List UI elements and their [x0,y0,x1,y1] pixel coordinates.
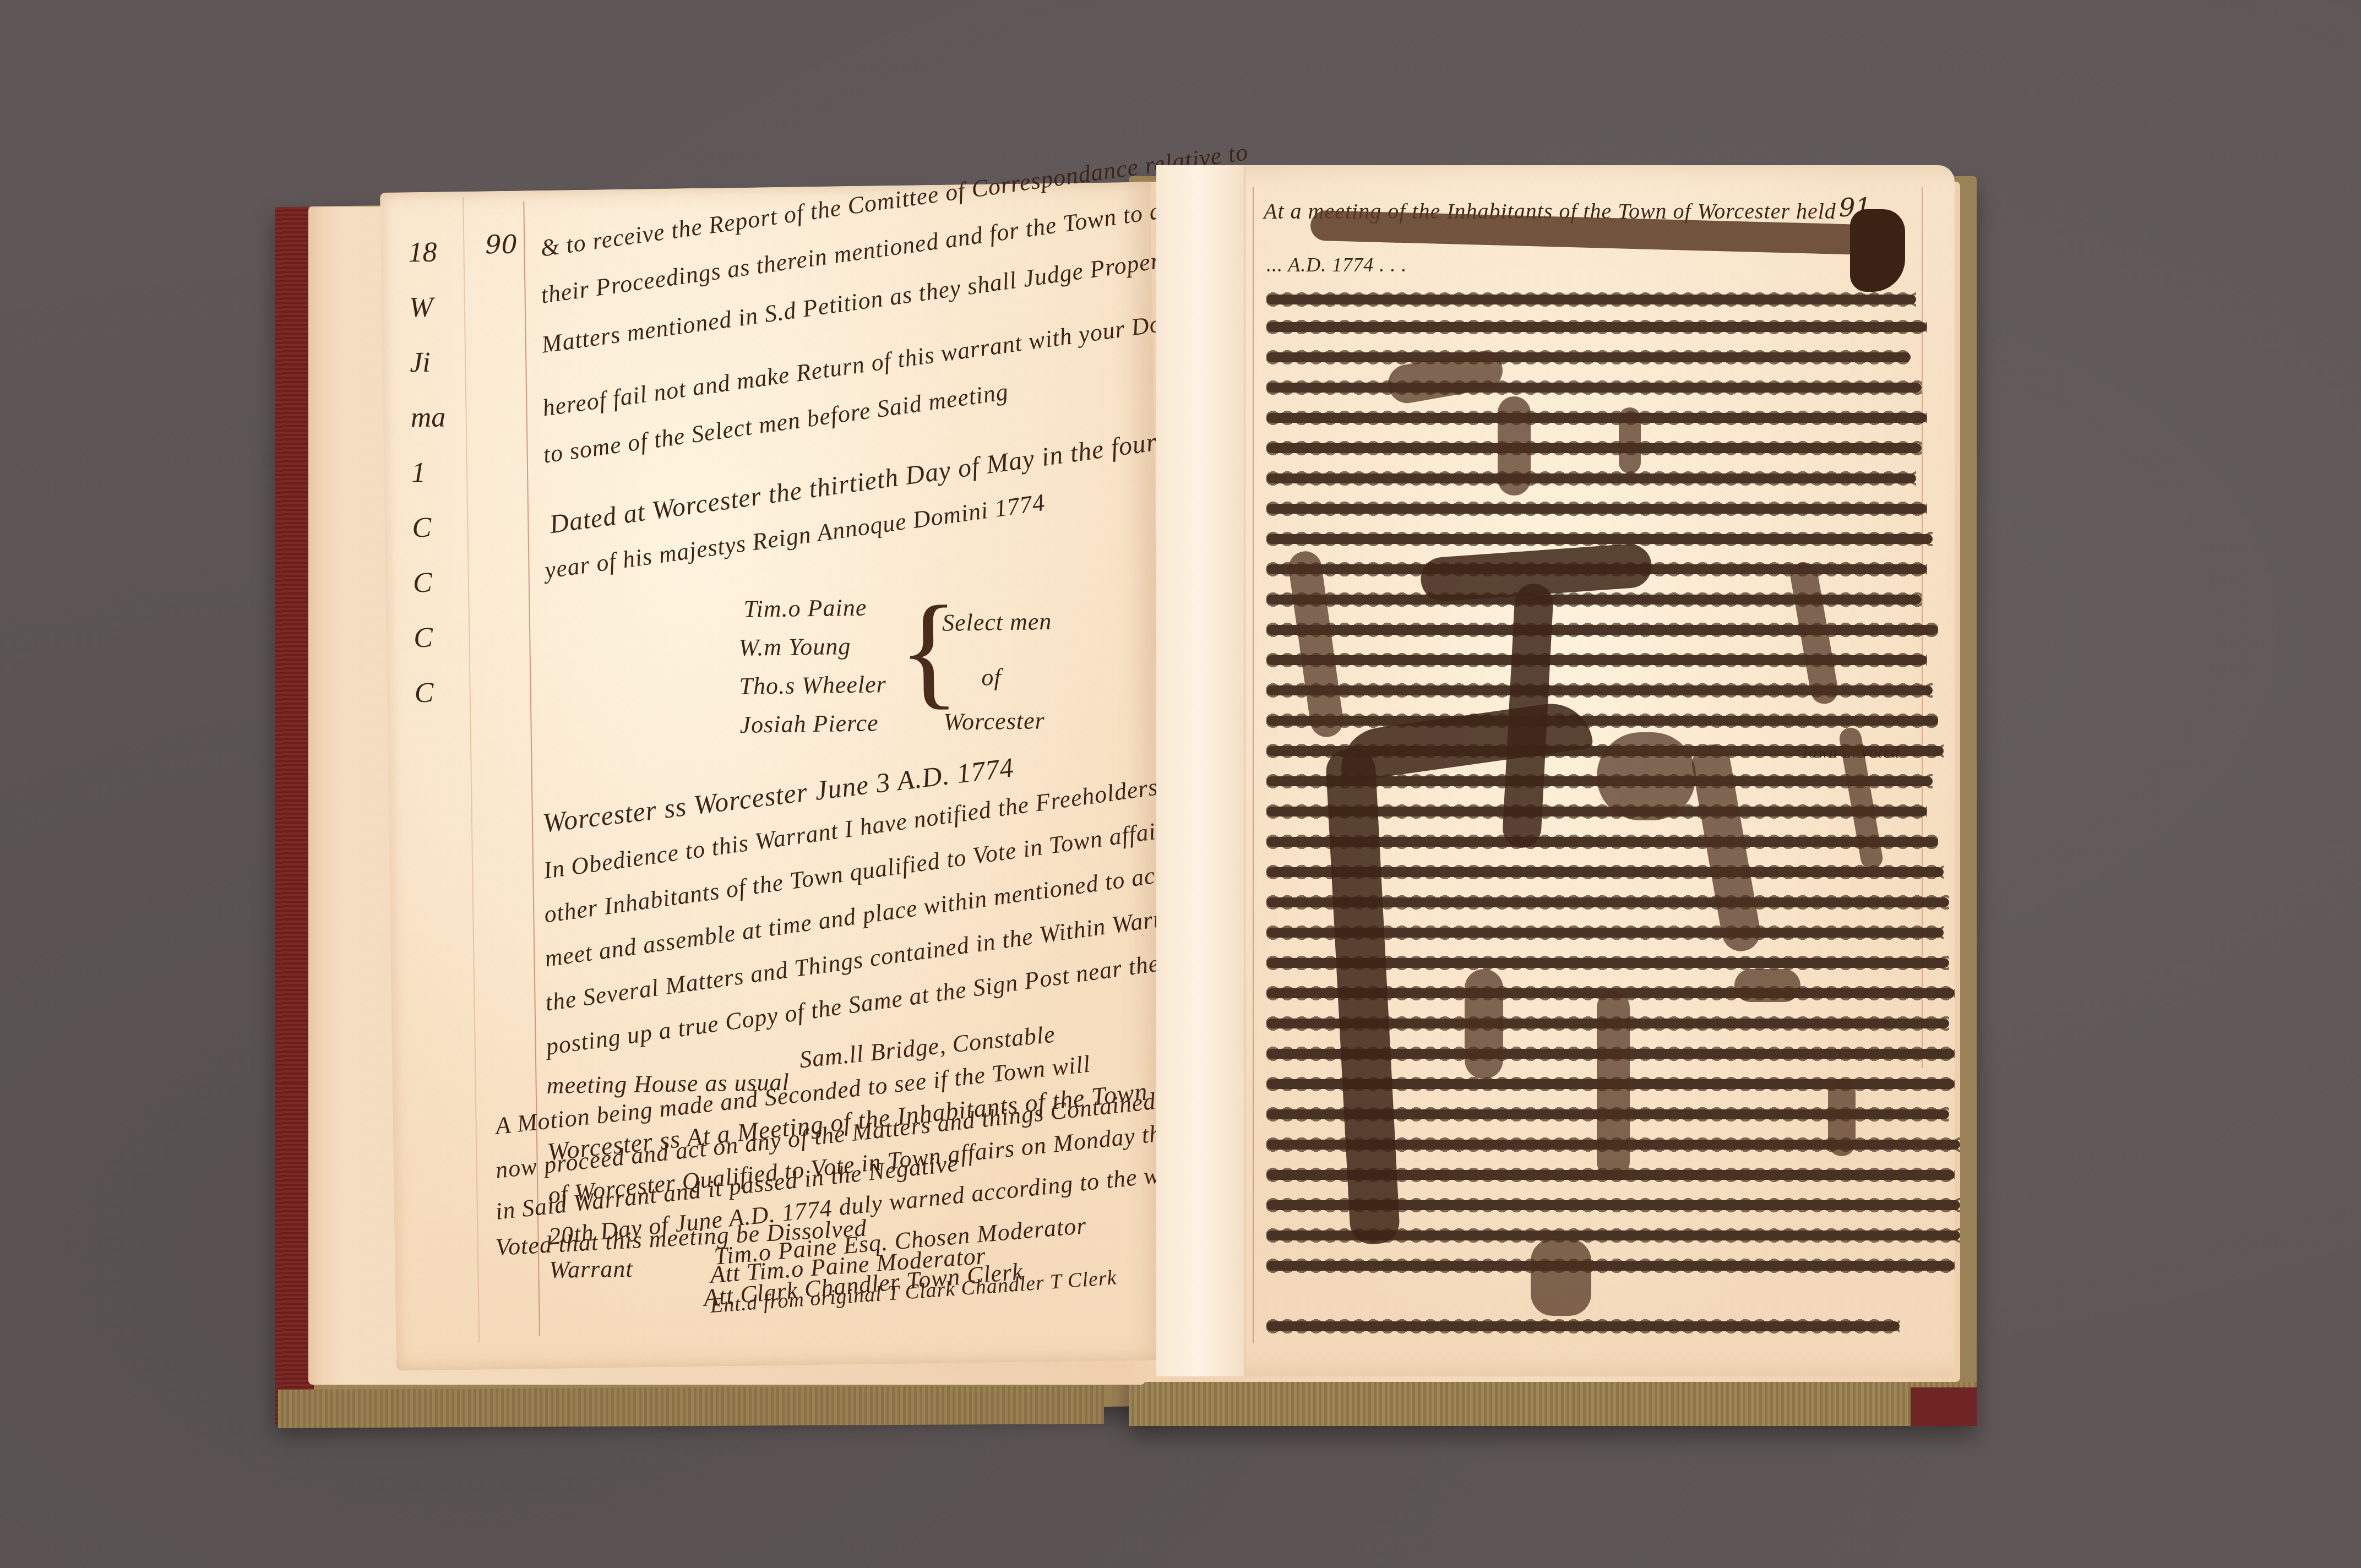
edge-fragment: C [414,610,464,666]
margin-note: Town ... voted [1800,743,1900,762]
edge-fragment: C [414,665,464,721]
partial-text: ... A.D. 1774 . . . [1266,253,1407,276]
right-page: 91 At a meeting of the Inhabitants of th… [1156,165,1955,1376]
edge-fragment: 1 [411,445,461,500]
margin-rule [1253,187,1254,1343]
struck-line [1266,1321,1900,1331]
edge-fragment: W [409,280,459,335]
signatory: Tim.o Paine [743,594,867,623]
struck-line [1266,322,1927,332]
struck-line [1266,716,1938,726]
edge-fragment: C [412,555,463,611]
edge-fragment: Ji [410,335,460,390]
struck-line [1266,352,1911,362]
manuscript-line: Warrant [549,1255,633,1284]
left-cover-bottom-edge [278,1385,1104,1428]
page-number: 90 [485,230,518,260]
struck-line [1266,1261,1955,1271]
struck-line [1266,383,1922,393]
previous-page-edge-text: 18 W Ji ma 1 C C C C [408,225,465,721]
struck-line [1266,473,1916,483]
struck-line [1266,625,1938,635]
ink-smear [1597,732,1696,820]
signatory-group-label: Worcester [943,706,1045,736]
ink-smear [1498,396,1531,496]
struck-line [1266,295,1916,304]
ink-smear [1619,407,1641,473]
ink-smear [1734,969,1800,1002]
ink-smear [1465,969,1503,1079]
leather-spine-top [275,207,308,1088]
edge-fragment: C [412,500,462,556]
ink-blot [1850,209,1905,292]
struck-line [1266,443,1922,453]
leather-corner [1911,1387,1977,1426]
signatory: W.m Young [738,632,851,662]
struck-line [1266,595,1922,605]
signatory-group-label: of [981,663,1002,692]
struck-line [1266,504,1927,514]
guard-strip [1156,165,1245,1376]
signatory: Josiah Pierce [739,709,879,739]
ink-smear [1531,1239,1591,1316]
edge-fragment: ma [410,390,460,445]
signatory: Tho.s Wheeler [739,670,886,700]
signatory-group-label: Select men [942,607,1052,637]
cloth-binding-bottom [1129,1382,1977,1426]
struck-line [1266,413,1927,423]
ink-smear [1828,1079,1856,1156]
edge-fragment: 18 [408,225,458,280]
ink-smear [1597,991,1630,1178]
struck-line [1266,534,1933,544]
brace-glyph: { [897,586,961,714]
